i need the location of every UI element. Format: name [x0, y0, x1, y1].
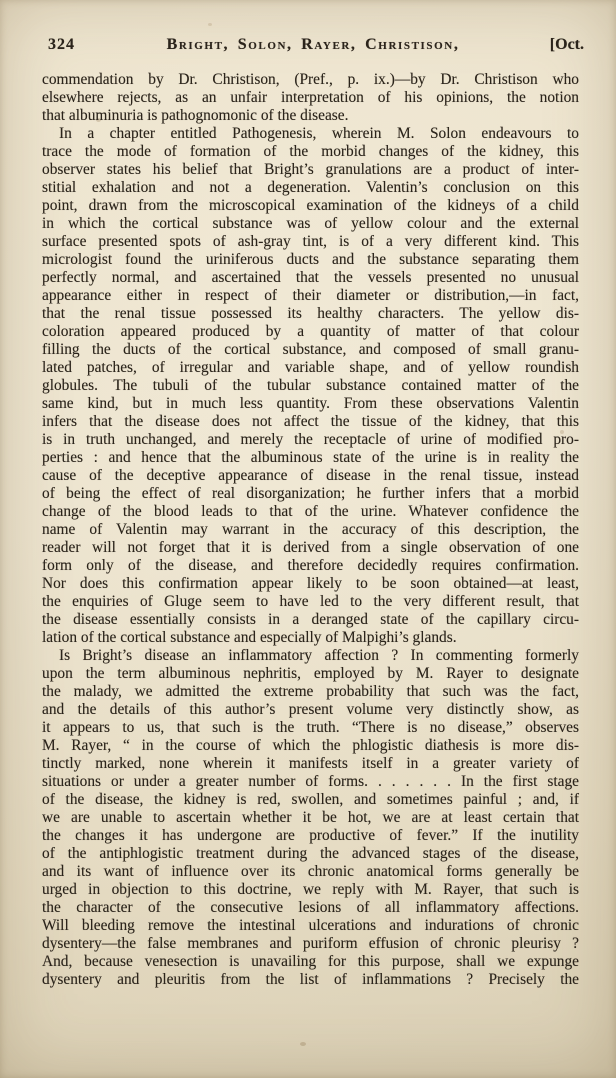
text-line: of being the effect of real disorganizat… [42, 485, 579, 503]
running-header: 324 Bright, Solon, Rayer, Christison, [O… [42, 36, 584, 58]
text-line: trace the mode of formation of the morbi… [42, 143, 579, 161]
text-line: lated patches, of irregular and variable… [42, 359, 579, 377]
text-line: And, because venesection is unavailing f… [42, 953, 579, 971]
paper-speckle [300, 1042, 306, 1046]
text-line: change of the blood leads to that of the… [42, 503, 579, 521]
text-line: upon the term albuminous nephritis, empl… [42, 665, 579, 683]
text-line: we are unable to ascertain whether it be… [42, 809, 579, 827]
text-line: surface presented spots of ash-gray tint… [42, 233, 579, 251]
text-line: same kind, but in much less quantity. Fr… [42, 395, 579, 413]
text-line: the character of the consecutive lesions… [42, 899, 579, 917]
text-line: the changes it has undergone are product… [42, 827, 579, 845]
text-line: M. Rayer, “ in the course of which the p… [42, 737, 579, 755]
text-line: coloration appeared produced by a quanti… [42, 323, 579, 341]
text-line: of the disease, the kidney is red, swoll… [42, 791, 579, 809]
text-line: Will bleeding remove the intestinal ulce… [42, 917, 579, 935]
text-line: dysentery—the false membranes and purifo… [42, 935, 579, 953]
text-line: globules. The tubuli of the tubular subs… [42, 377, 579, 395]
text-line: commendation by Dr. Christison, (Pref., … [42, 71, 579, 89]
paragraph: In a chapter entitled Pathogenesis, wher… [42, 125, 579, 647]
text-line: tinctly marked, none wherein it manifest… [42, 755, 579, 773]
text-line: cause of the deceptive appearance of dis… [42, 467, 579, 485]
paragraph: Is Bright’s disease an inflammatory affe… [42, 647, 579, 989]
text-line: infers that the disease does not affect … [42, 413, 579, 431]
text-line: dysentery and pleuritis from the list of… [42, 971, 579, 989]
text-line: Is Bright’s disease an inflammatory affe… [42, 647, 579, 665]
text-line: the disease essentially consists in a de… [42, 611, 579, 629]
text-line: observer states his belief that Bright’s… [42, 161, 579, 179]
text-line: that albuminuria is pathognomonic of the… [42, 107, 579, 125]
text-line: appearance either in respect of their di… [42, 287, 579, 305]
text-line: lation of the cortical substance and esp… [42, 629, 579, 647]
text-line: Nor does this confirmation appear likely… [42, 575, 579, 593]
text-line: in which the cortical substance was of y… [42, 215, 579, 233]
text-line: reader will not forget that it is derive… [42, 539, 579, 557]
paper-speckle [208, 23, 212, 26]
text-line: In a chapter entitled Pathogenesis, wher… [42, 125, 579, 143]
scanned-book-page: 324 Bright, Solon, Rayer, Christison, [O… [0, 0, 616, 1078]
text-line: stitial exhalation and not a degeneratio… [42, 179, 579, 197]
running-title: Bright, Solon, Rayer, Christison, [42, 36, 584, 54]
text-line: micrologist found the uriniferous ducts … [42, 251, 579, 269]
text-line: elsewhere rejects, as an unfair interpre… [42, 89, 579, 107]
text-line: filling the ducts of the cortical substa… [42, 341, 579, 359]
text-line: point, drawn from the microscopical exam… [42, 197, 579, 215]
text-line: and its want of influence over its chron… [42, 863, 579, 881]
paragraph: commendation by Dr. Christison, (Pref., … [42, 71, 579, 125]
text-line: form only of the disease, and therefore … [42, 557, 579, 575]
text-line: it appears to us, that such is the truth… [42, 719, 579, 737]
text-line: perties : and hence that the albuminous … [42, 449, 579, 467]
issue-date: [Oct. [550, 36, 584, 54]
text-line: the malady, we admitted the extreme prob… [42, 683, 579, 701]
page-body: commendation by Dr. Christison, (Pref., … [42, 71, 579, 989]
text-line: situations or under a greater number of … [42, 773, 579, 791]
text-line: perfectly normal, and ascertained that t… [42, 269, 579, 287]
text-line: the enquiries of Gluge seem to have led … [42, 593, 579, 611]
text-line: that the renal tissue possessed its heal… [42, 305, 579, 323]
text-line: name of Valentin may warrant in the accu… [42, 521, 579, 539]
text-line: urged in objection to this doctrine, we … [42, 881, 579, 899]
text-line: and the details of this author’s present… [42, 701, 579, 719]
text-line: is in truth unchanged, and merely the re… [42, 431, 579, 449]
text-line: of the antiphlogistic treatment during t… [42, 845, 579, 863]
